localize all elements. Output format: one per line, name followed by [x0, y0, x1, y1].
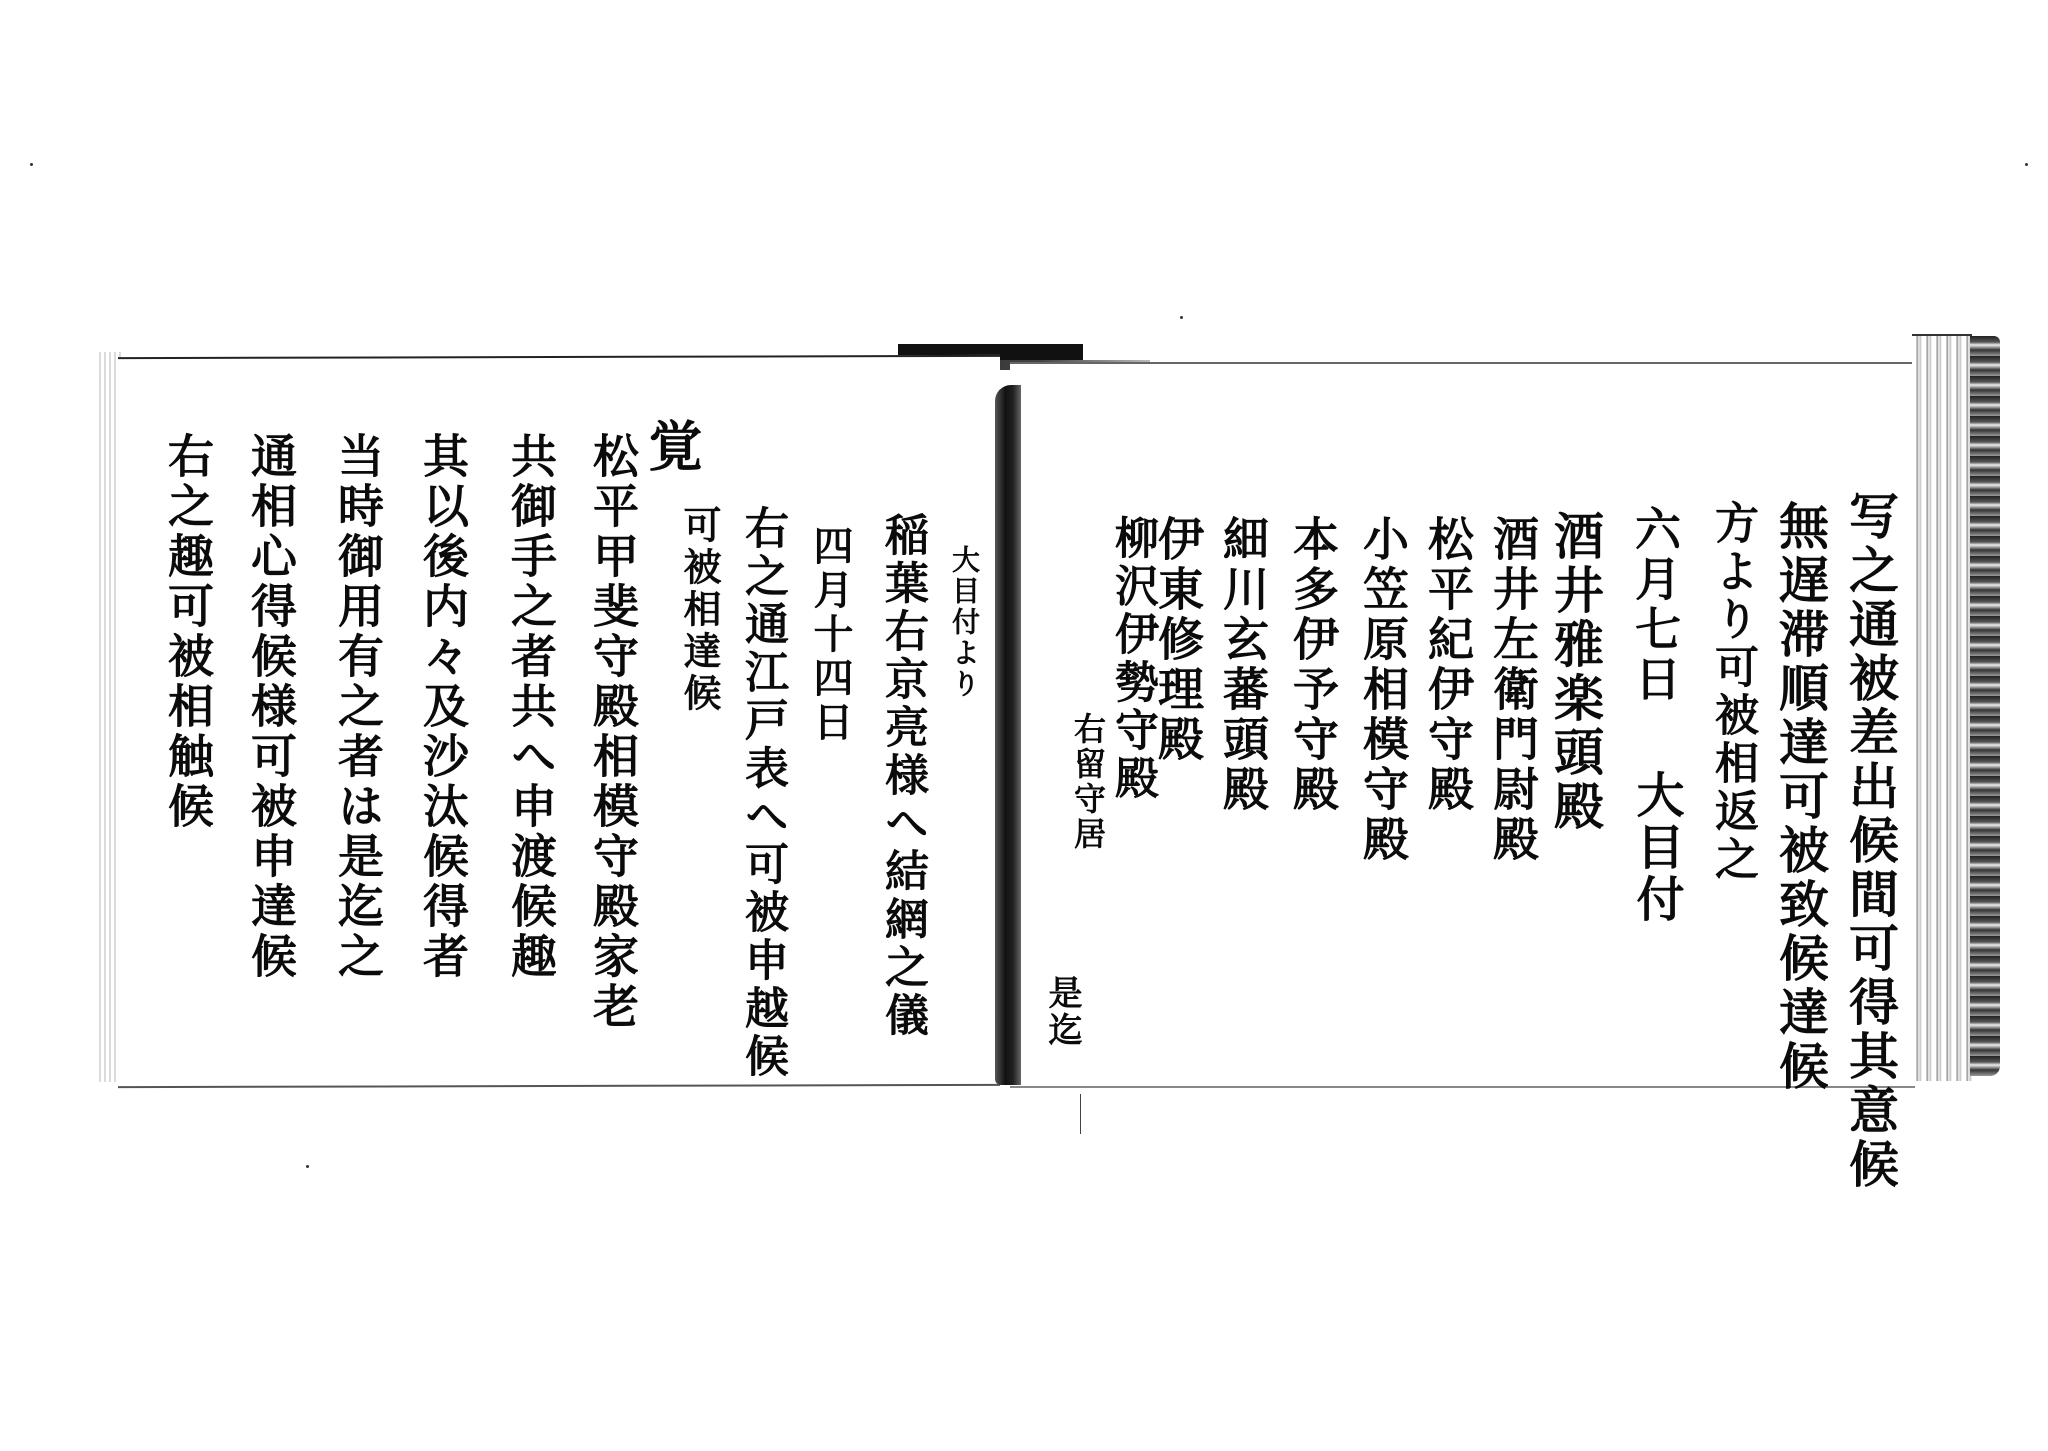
left-col-12: 右之趣可被相触候 — [165, 432, 211, 832]
right-col-11-addressee: 細川玄蕃頭殿 — [1220, 515, 1266, 815]
right-col-5-sender: 大目付 — [1632, 770, 1680, 926]
right-col-15-end-mark: 是迄 — [1045, 975, 1079, 1049]
cover-edge — [1970, 336, 2000, 1076]
right-col-13-addressee: 柳沢伊勢守殿 — [1110, 515, 1154, 803]
scan-speck — [1180, 316, 1183, 319]
scan-speck — [2025, 163, 2028, 166]
scan-speck — [306, 1165, 309, 1168]
right-col-2: 無遅滞順達可被致候達候 — [1775, 500, 1825, 1094]
right-col-12-addressee: 伊東修理殿 — [1155, 515, 1201, 765]
left-col-4: 右之通江戸表へ可被申越候 — [740, 505, 784, 1081]
right-col-1: 写之通被差出候間可得其意候 — [1845, 490, 1895, 1192]
left-col-7: 松平甲斐守殿相模守殿家老 — [590, 432, 636, 1032]
right-col-9-addressee: 小笠原相模守殿 — [1360, 515, 1406, 865]
left-col-3-date: 四月十四日 — [810, 525, 850, 745]
right-col-8-addressee: 松平紀伊守殿 — [1425, 515, 1471, 815]
right-col-4-date: 六月七日 — [1632, 505, 1678, 705]
left-col-11: 通相心得候様可被申達候 — [248, 432, 294, 982]
scan-speck — [30, 163, 33, 166]
right-col-10-addressee: 本多伊予守殿 — [1290, 515, 1336, 815]
left-col-5: 可被相達候 — [680, 505, 718, 715]
left-col-9: 其以後内々及沙汰候得者 — [420, 432, 466, 982]
manuscript-spread: 写之通被差出候間可得其意候 無遅滞順達可被致候達候 方より可被相返之 六月七日 … — [0, 0, 2048, 1451]
gutter-shadow — [995, 385, 1021, 1085]
right-col-6-addressee: 酒井雅楽頭殿 — [1550, 510, 1600, 834]
left-col-6-heading-mark: 覚 — [645, 418, 699, 472]
left-col-8: 共御手之者共へ申渡候趣 — [508, 432, 554, 982]
right-col-3: 方より可被相返之 — [1710, 500, 1754, 884]
left-col-1-sender: 大目付より — [950, 545, 978, 700]
left-col-2: 稲葉右京亮様へ結網之儀 — [880, 512, 924, 1040]
left-col-10: 当時御用有之者は是迄之 — [335, 432, 381, 982]
right-col-14-signature: 右留守居 — [1072, 712, 1104, 852]
page-stack-edge — [1912, 334, 1972, 1081]
right-col-7-addressee: 酒井左衛門尉殿 — [1490, 515, 1536, 865]
bottom-tick — [1080, 1094, 1081, 1134]
